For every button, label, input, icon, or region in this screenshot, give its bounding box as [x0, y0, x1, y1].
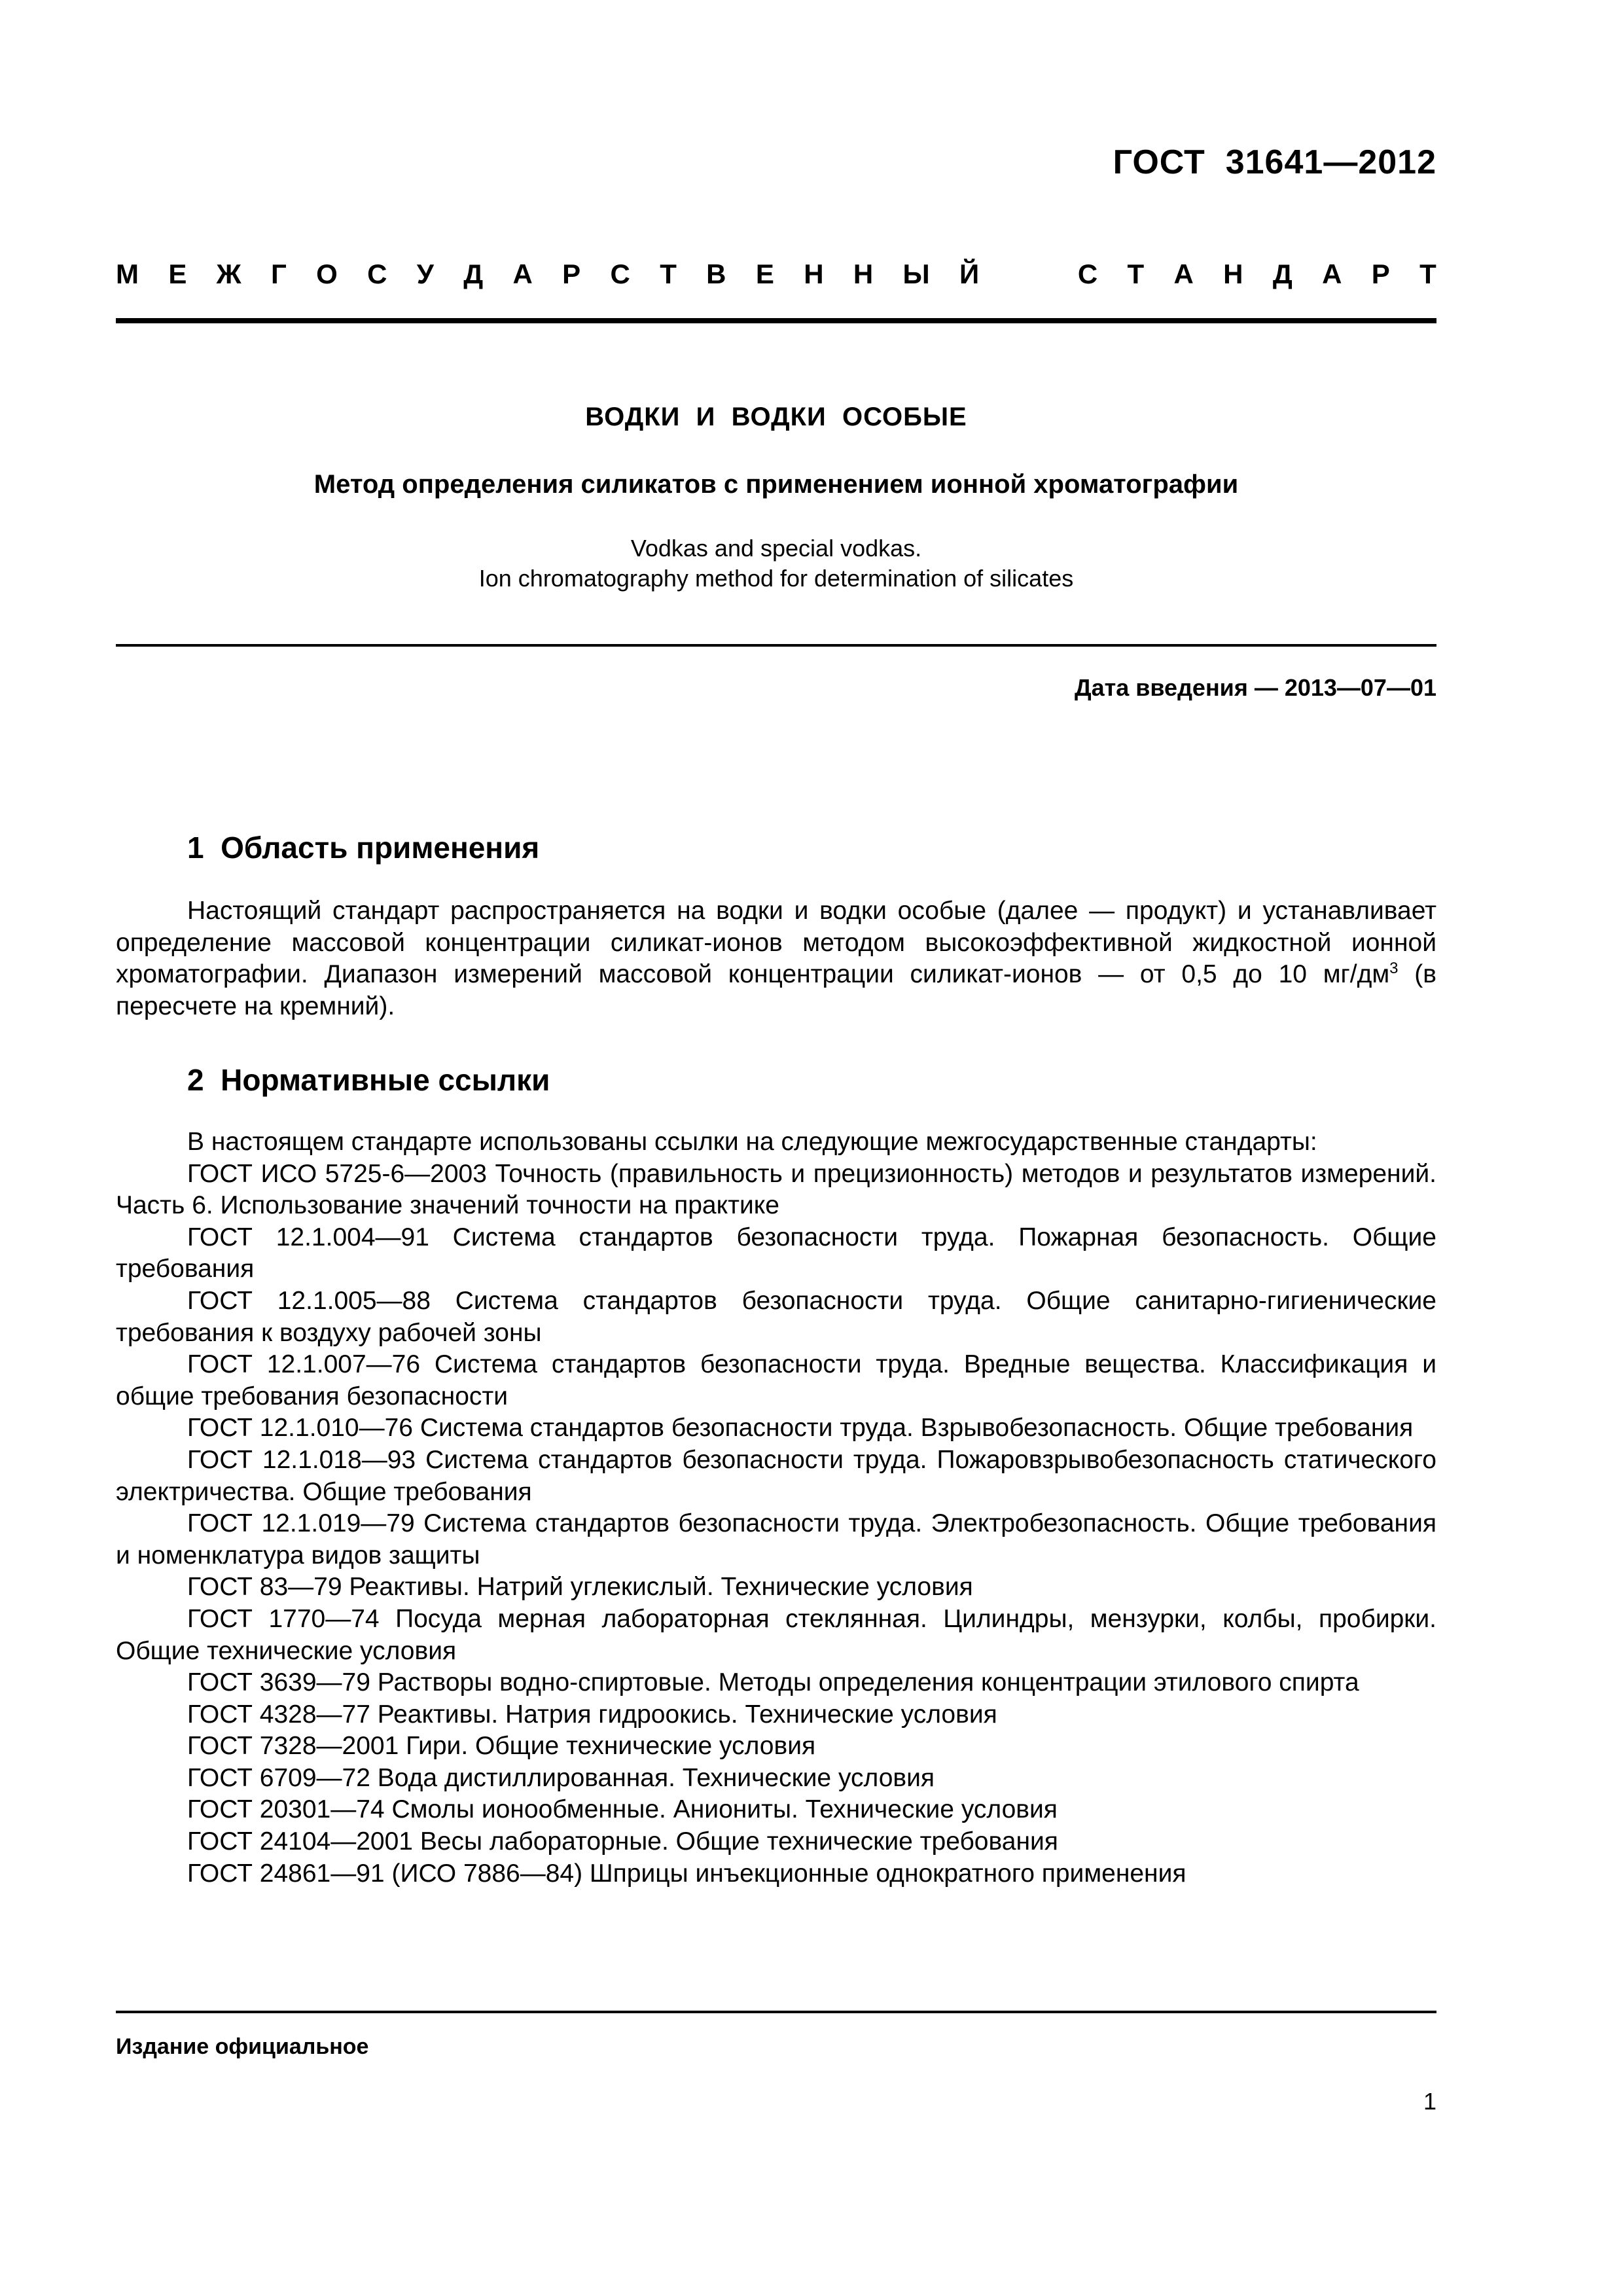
- title-divider: [116, 644, 1436, 647]
- english-title: Vodkas and special vodkas. Ion chromatog…: [116, 533, 1436, 594]
- letter: С: [1078, 259, 1097, 290]
- section-heading-scope: 1 Область применения: [187, 830, 539, 865]
- letter: Е: [168, 259, 187, 290]
- reference-item: ГОСТ 12.1.005—88 Система стандартов безо…: [116, 1285, 1436, 1349]
- official-edition-label: Издание официальное: [116, 2034, 368, 2060]
- letter: Р: [562, 259, 580, 290]
- header-divider: [116, 318, 1436, 323]
- reference-item: ГОСТ 12.1.004—91 Система стандартов безо…: [116, 1222, 1436, 1285]
- document-title: ВОДКИ И ВОДКИ ОСОБЫЕ: [116, 403, 1436, 432]
- letter: Г: [271, 259, 287, 290]
- page-number: 1: [1423, 2088, 1436, 2115]
- superscript: 3: [1389, 960, 1398, 977]
- reference-item: ГОСТ 7328—2001 Гири. Общие технические у…: [116, 1731, 1436, 1763]
- references-intro: В настоящем стандарте использованы ссылк…: [116, 1126, 1436, 1158]
- letter: Т: [1128, 259, 1145, 290]
- letter: Д: [463, 259, 483, 290]
- letter: О: [316, 259, 338, 290]
- reference-item: ГОСТ 83—79 Реактивы. Натрий углекислый. …: [116, 1571, 1436, 1604]
- document-page: ГОСТ 31641—2012 М Е Ж Г О С У Д А Р С Т …: [0, 0, 1623, 2296]
- letter: А: [1173, 259, 1193, 290]
- letter: Е: [756, 259, 774, 290]
- letter: Ж: [217, 259, 241, 290]
- reference-item: ГОСТ 24861—91 (ИСО 7886—84) Шприцы инъек…: [116, 1858, 1436, 1890]
- reference-item: ГОСТ 24104—2001 Весы лабораторные. Общие…: [116, 1826, 1436, 1858]
- letter: В: [706, 259, 726, 290]
- letter: Т: [660, 259, 677, 290]
- section-heading-references: 2 Нормативные ссылки: [187, 1062, 550, 1098]
- paragraph: Настоящий стандарт распространяется на в…: [116, 895, 1436, 1022]
- reference-item: ГОСТ 12.1.019—79 Система стандартов безо…: [116, 1508, 1436, 1571]
- reference-item: ГОСТ 12.1.018—93 Система стандартов безо…: [116, 1444, 1436, 1508]
- standard-number: ГОСТ 31641—2012: [1113, 143, 1436, 182]
- reference-item: ГОСТ 12.1.010—76 Система стандартов безо…: [116, 1412, 1436, 1444]
- reference-item: ГОСТ 3639—79 Растворы водно-спиртовые. М…: [116, 1667, 1436, 1699]
- introduction-date: Дата введения — 2013—07—01: [1075, 674, 1436, 702]
- interstate-standard-label: М Е Ж Г О С У Д А Р С Т В Е Н Н Ы Й С Т …: [116, 259, 1436, 290]
- letter: Н: [804, 259, 823, 290]
- letter: А: [1322, 259, 1342, 290]
- letter: Ы: [903, 259, 930, 290]
- reference-item: ГОСТ 6709—72 Вода дистиллированная. Техн…: [116, 1763, 1436, 1795]
- footer-divider: [116, 2011, 1436, 2013]
- letter: М: [116, 259, 139, 290]
- letter: У: [417, 259, 434, 290]
- document-subtitle: Метод определения силикатов с применение…: [116, 470, 1436, 499]
- letter: Н: [853, 259, 873, 290]
- letter: Р: [1372, 259, 1390, 290]
- letter: А: [513, 259, 533, 290]
- letter: Й: [959, 259, 979, 290]
- reference-item: ГОСТ ИСО 5725-6—2003 Точность (правильно…: [116, 1158, 1436, 1222]
- word-gap: [1009, 259, 1048, 290]
- english-title-line-2: Ion chromatography method for determinat…: [116, 564, 1436, 594]
- paragraph-text: Настоящий стандарт распространяется на в…: [116, 897, 1436, 988]
- letter: Н: [1223, 259, 1243, 290]
- section-references-body: В настоящем стандарте использованы ссылк…: [116, 1126, 1436, 1890]
- english-title-line-1: Vodkas and special vodkas.: [116, 533, 1436, 564]
- letter: С: [367, 259, 387, 290]
- letter: Т: [1419, 259, 1436, 290]
- letter: Д: [1273, 259, 1293, 290]
- reference-item: ГОСТ 20301—74 Смолы ионообменные. Аниони…: [116, 1794, 1436, 1826]
- reference-item: ГОСТ 1770—74 Посуда мерная лабораторная …: [116, 1604, 1436, 1667]
- section-scope-body: Настоящий стандарт распространяется на в…: [116, 895, 1436, 1022]
- reference-item: ГОСТ 4328—77 Реактивы. Натрия гидроокись…: [116, 1699, 1436, 1731]
- letter: С: [611, 259, 630, 290]
- reference-item: ГОСТ 12.1.007—76 Система стандартов безо…: [116, 1349, 1436, 1412]
